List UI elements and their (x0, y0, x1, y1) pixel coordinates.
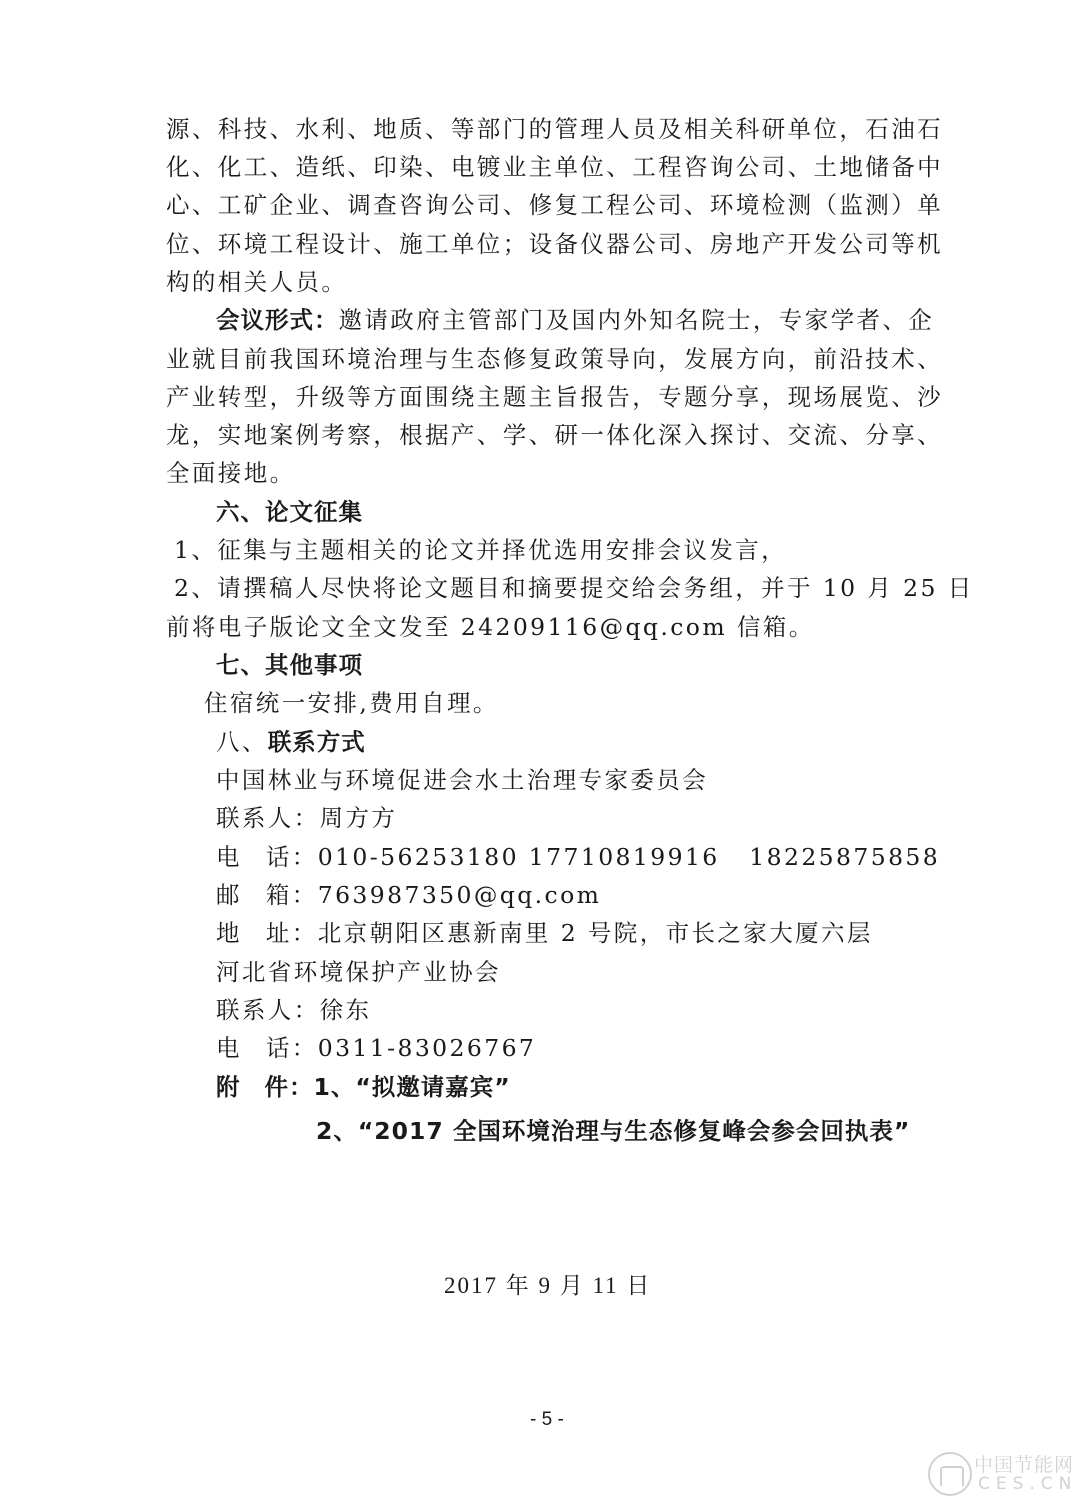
org1-phone-label-a: 电 (216, 843, 242, 871)
participants-line-5: 构的相关人员。 (166, 267, 347, 297)
org1-address-label-a: 地 (216, 919, 242, 947)
org1-contact-row: 联系人：周方方 (216, 803, 397, 833)
meeting-format-line-1: 会议形式：邀请政府主管部门及国内外知名院士，专家学者、企 (216, 305, 934, 335)
attachments-label-b: 件： (265, 1073, 314, 1101)
org1-address-row: 地址：北京朝阳区惠新南里 2 号院，市长之家大厦六层 (216, 918, 873, 948)
org1-phone-row: 电话：010-56253180 17710819916 18225875858 (216, 842, 940, 872)
org1-email-label-b: 箱： (266, 881, 318, 909)
section-7-text: 住宿统一安排,费用自理。 (204, 688, 499, 718)
section-6-item-2-cont: 前将电子版论文全文发至 24209116@qq.com 信箱。 (166, 612, 815, 642)
section-7-heading: 七、其他事项 (216, 650, 363, 680)
section-6-item-2: 2、请撰稿人尽快将论文题目和摘要提交给会务组，并于 10 月 25 日 (174, 573, 974, 603)
org2-name: 河北省环境保护产业协会 (216, 957, 501, 987)
attachment-item-1: 1、“拟邀请嘉宾” (314, 1073, 511, 1101)
meeting-format-line-2: 业就目前我国环境治理与生态修复政策导向，发展方向，前沿技术、 (166, 344, 943, 374)
org1-phone: 010-56253180 17710819916 18225875858 (318, 843, 940, 871)
org1-email-label-a: 邮 (216, 881, 242, 909)
section-6-item-1: 1、征集与主题相关的论文并择优选用安排会议发言， (174, 535, 787, 565)
org1-email-row: 邮箱：763987350@qq.com (216, 880, 601, 910)
org2-phone-label-a: 电 (216, 1034, 242, 1062)
section-8-prefix: 八、 (216, 728, 268, 756)
org1-contact-name: 周方方 (320, 804, 398, 832)
participants-line-2: 化、化工、造纸、印染、电镀业主单位、工程咨询公司、土地储备中 (166, 152, 943, 182)
org1-contact-label: 联系人： (216, 804, 320, 832)
meeting-format-line-4: 龙，实地案例考察，根据产、学、研一体化深入探讨、交流、分享、 (166, 420, 943, 450)
org2-contact-label: 联系人： (216, 996, 320, 1024)
document-page: 源、科技、水利、地质、等部门的管理人员及相关科研单位，石油石 化、化工、造纸、印… (0, 0, 1084, 1512)
page-number: - 5 - (530, 1407, 564, 1433)
meeting-format-text: 邀请政府主管部门及国内外知名院士，专家学者、企 (339, 306, 935, 334)
attachments-label-a: 附 (216, 1073, 241, 1101)
org2-phone: 0311-83026767 (318, 1034, 537, 1062)
meeting-format-line-5: 全面接地。 (166, 458, 296, 488)
org1-address: 北京朝阳区惠新南里 2 号院，市长之家大厦六层 (318, 919, 873, 947)
org2-contact-name: 徐东 (320, 996, 372, 1024)
org1-address-label-b: 址： (266, 919, 318, 947)
participants-line-1: 源、科技、水利、地质、等部门的管理人员及相关科研单位，石油石 (166, 114, 943, 144)
org2-contact-row: 联系人：徐东 (216, 995, 371, 1025)
participants-line-4: 位、环境工程设计、施工单位；设备仪器公司、房地产开发公司等机 (166, 229, 943, 259)
org1-phone-label-b: 话： (266, 843, 318, 871)
attachment-item-2: 2、“2017 全国环境治理与生态修复峰会参会回执表” (316, 1116, 910, 1146)
participants-line-3: 心、工矿企业、调查咨询公司、修复工程公司、环境检测（监测）单 (166, 190, 943, 220)
org1-email: 763987350@qq.com (318, 881, 602, 909)
org2-phone-row: 电话：0311-83026767 (216, 1033, 536, 1063)
org1-name: 中国林业与环境促进会水土治理专家委员会 (216, 765, 708, 795)
section-8-heading: 八、联系方式 (216, 727, 366, 757)
section-8-title: 联系方式 (268, 728, 366, 756)
watermark: 中国节能网 CES.CN (928, 1448, 1078, 1504)
watermark-cn: 中国节能网 (974, 1450, 1074, 1477)
watermark-en: CES.CN (978, 1474, 1077, 1494)
attachments-row: 附件：1、“拟邀请嘉宾” (216, 1072, 511, 1102)
org2-phone-label-b: 话： (266, 1034, 318, 1062)
document-date: 2017 年 9 月 11 日 (444, 1271, 651, 1301)
meeting-format-label: 会议形式： (216, 306, 339, 334)
watermark-logo-icon (928, 1452, 972, 1496)
section-6-heading: 六、论文征集 (216, 497, 363, 527)
meeting-format-line-3: 产业转型，升级等方面围绕主题主旨报告，专题分享，现场展览、沙 (166, 382, 943, 412)
